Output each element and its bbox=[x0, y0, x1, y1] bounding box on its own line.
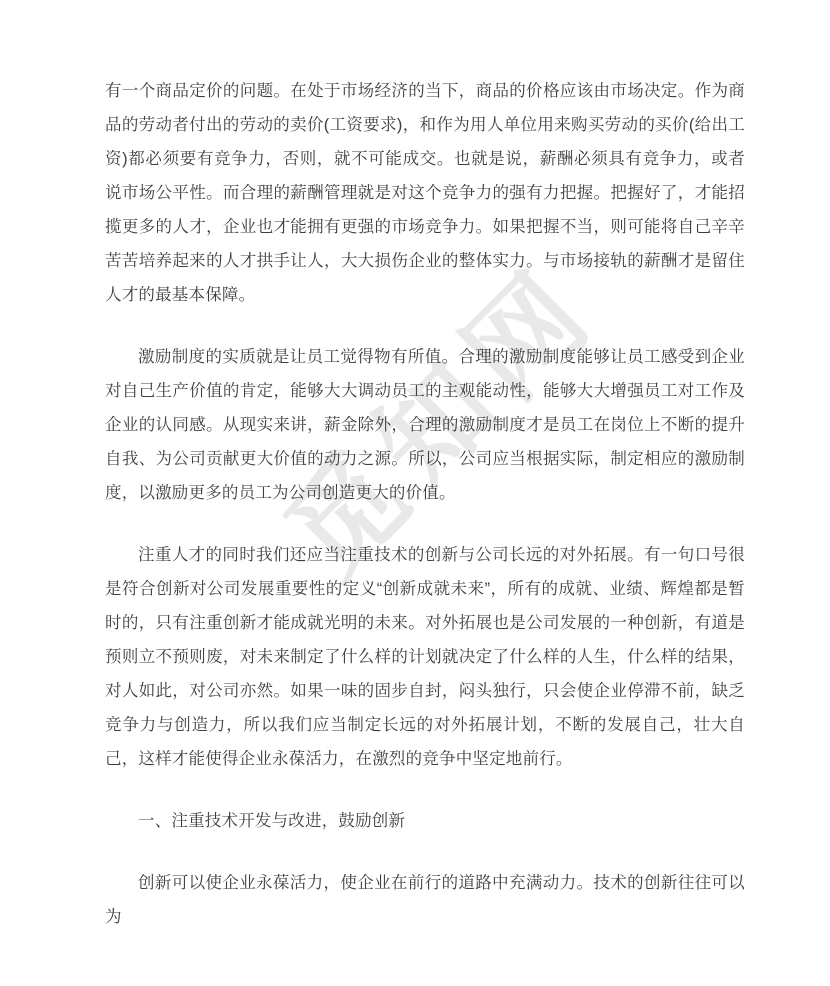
document-page: 觅知网 有一个商品定价的问题。在处于市场经济的当下，商品的价格应该由市场决定。作… bbox=[0, 0, 830, 986]
paragraph-salary-pricing: 有一个商品定价的问题。在处于市场经济的当下，商品的价格应该由市场决定。作为商品的… bbox=[105, 74, 745, 312]
paragraph-incentive-system: 激励制度的实质就是让员工觉得物有所值。合理的激励制度能够让员工感受到企业对自己生… bbox=[105, 340, 745, 510]
document-body: 有一个商品定价的问题。在处于市场经济的当下，商品的价格应该由市场决定。作为商品的… bbox=[0, 0, 830, 934]
paragraph-innovation-expansion: 注重人才的同时我们还应当注重技术的创新与公司长远的对外拓展。有一句口号很是符合创… bbox=[105, 538, 745, 776]
section-heading-tech-development: 一、注重技术开发与改进，鼓励创新 bbox=[105, 804, 745, 838]
paragraph-innovation-vitality: 创新可以使企业永葆活力，使企业在前行的道路中充满动力。技术的创新往往可以为 bbox=[105, 866, 745, 934]
